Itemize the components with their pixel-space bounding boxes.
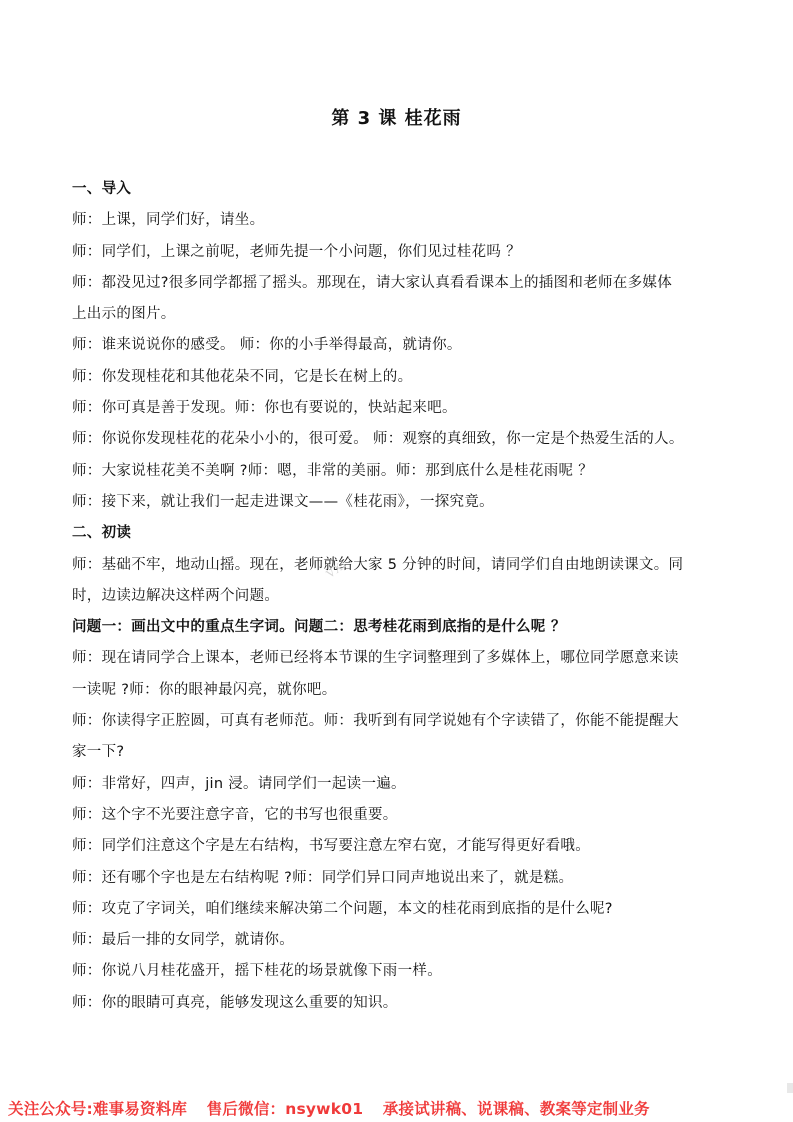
section-heading: 二、初读 bbox=[72, 518, 732, 549]
promo-footer: 关注公众号:难事易资料库 售后微信：nsywk01 承接试讲稿、说课稿、教案等定… bbox=[8, 1097, 793, 1119]
footer-services: 承接试讲稿、说课稿、教案等定制业务 bbox=[383, 1100, 650, 1118]
paragraph-line: 师：还有哪个字也是左右结构呢 ?师：同学们异口同声地说出来了，就是糕。 bbox=[72, 863, 732, 894]
page-title: 第 3 课 桂花雨 bbox=[0, 104, 793, 130]
paragraph-line: 师：现在请同学合上课本，老师已经将本节课的生字词整理到了多媒体上，哪位同学愿意来… bbox=[72, 643, 732, 674]
paragraph-line: 上出示的图片。 bbox=[72, 299, 732, 330]
paragraph-line: 师：你的眼睛可真亮，能够发现这么重要的知识。 bbox=[72, 988, 732, 1019]
paragraph-line: 师：大家说桂花美不美啊 ?师：嗯，非常的美丽。师：那到底什么是桂花雨呢 ？ bbox=[72, 456, 732, 487]
page-corner-mark bbox=[787, 1083, 793, 1093]
paragraph-line: 师：非常好，四声，jin 浸。请同学们一起读一遍。 bbox=[72, 769, 732, 800]
paragraph-line: 师：最后一排的女同学，就请你。 bbox=[72, 925, 732, 956]
document-body: 一、导入 师：上课，同学们好，请坐。 师：同学们，上课之前呢，老师先提一个小问题… bbox=[72, 174, 732, 1019]
paragraph-line: 师：同学们，上课之前呢，老师先提一个小问题，你们见过桂花吗 ？ bbox=[72, 237, 732, 268]
paragraph-line: 师：攻克了字词关，咱们继续来解决第二个问题，本文的桂花雨到底指的是什么呢? bbox=[72, 894, 732, 925]
paragraph-line: 一读呢 ?师：你的眼神最闪亮，就你吧。 bbox=[72, 675, 732, 706]
footer-account: 关注公众号:难事易资料库 bbox=[8, 1100, 187, 1118]
paragraph-line: 时，边读边解决这样两个问题。 bbox=[72, 581, 732, 612]
paragraph-line: 师：谁来说说你的感受。 师：你的小手举得最高，就请你。 bbox=[72, 330, 732, 361]
paragraph-line: 师：同学们注意这个字是左右结构，书写要注意左窄右宽，才能写得更好看哦。 bbox=[72, 831, 732, 862]
paragraph-line: 师：这个字不光要注意字音，它的书写也很重要。 bbox=[72, 800, 732, 831]
footer-wechat: 售后微信：nsywk01 bbox=[207, 1100, 363, 1118]
paragraph-line: 师：接下来，就让我们一起走进课文——《桂花雨》，一探究竟。 bbox=[72, 487, 732, 518]
paragraph-line: 师：你读得字正腔圆，可真有老师范。师：我听到有同学说她有个字读错了，你能不能提醒… bbox=[72, 706, 732, 737]
paragraph-line: 师：都没见过?很多同学都摇了摇头。那现在，请大家认真看看课本上的插图和老师在多媒… bbox=[72, 268, 732, 299]
paragraph-line: 师：你发现桂花和其他花朵不同，它是长在树上的。 bbox=[72, 362, 732, 393]
paragraph-line: 师：基础不牢，地动山摇。现在，老师就给大家 5 分钟的时间，请同学们自由地朗读课… bbox=[72, 550, 732, 581]
question-line: 问题一：画出文中的重点生字词。问题二：思考桂花雨到底指的是什么呢 ？ bbox=[72, 612, 732, 643]
paragraph-line: 师：你说八月桂花盛开，摇下桂花的场景就像下雨一样。 bbox=[72, 956, 732, 987]
section-heading: 一、导入 bbox=[72, 174, 732, 205]
paragraph-line: 师：上课，同学们好，请坐。 bbox=[72, 205, 732, 236]
paragraph-line: 师：你说你发现桂花的花朵小小的，很可爱。 师：观察的真细致，你一定是个热爱生活的… bbox=[72, 424, 732, 455]
paragraph-line: 家一下? bbox=[72, 737, 732, 768]
paragraph-line: 师：你可真是善于发现。师：你也有要说的，快站起来吧。 bbox=[72, 393, 732, 424]
